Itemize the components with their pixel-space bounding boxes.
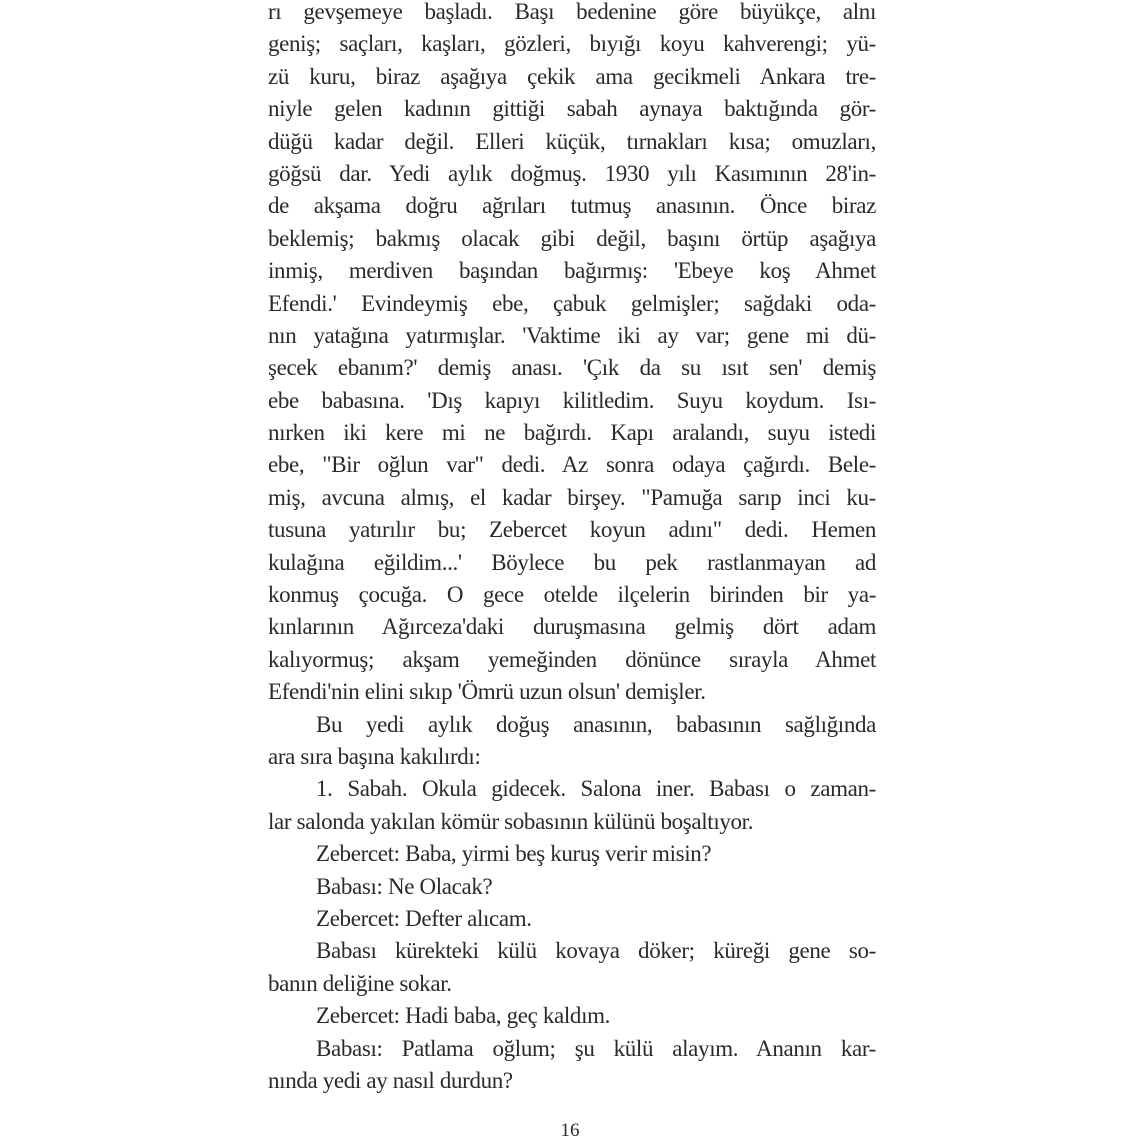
text-line: miş, avcuna almış, el kadar birşey. "Pam… bbox=[268, 482, 876, 514]
text-line: Bu yedi aylık doğuş anasının, babasının … bbox=[268, 709, 876, 741]
text-line: Efendi'nin elini sıkıp 'Ömrü uzun olsun'… bbox=[268, 676, 876, 708]
text-line: Babası kürekteki külü kovaya döker; küre… bbox=[268, 935, 876, 967]
text-line: nında yedi ay nasıl durdun? bbox=[268, 1065, 876, 1097]
text-line: kınlarının Ağırceza'daki duruşmasına gel… bbox=[268, 611, 876, 643]
text-line: ebe, "Bir oğlun var" dedi. Az sonra oday… bbox=[268, 449, 876, 481]
text-line: Zebercet: Baba, yirmi beş kuruş verir mi… bbox=[268, 838, 876, 870]
text-line: rı gevşemeye başladı. Başı bedenine göre… bbox=[268, 0, 876, 28]
text-line: lar salonda yakılan kömür sobasının külü… bbox=[268, 806, 876, 838]
text-line: Babası: Ne Olacak? bbox=[268, 871, 876, 903]
page-body: rı gevşemeye başladı. Başı bedenine göre… bbox=[268, 0, 876, 1097]
text-line: de akşama doğru ağrıları tutmuş anasının… bbox=[268, 190, 876, 222]
text-line: banın deliğine sokar. bbox=[268, 968, 876, 1000]
text-line: kulağına eğildim...' Böylece bu pek rast… bbox=[268, 547, 876, 579]
text-line: nırken iki kere mi ne bağırdı. Kapı aral… bbox=[268, 417, 876, 449]
text-line: Zebercet: Hadi baba, geç kaldım. bbox=[268, 1000, 876, 1032]
text-line: inmiş, merdiven başından bağırmış: 'Ebey… bbox=[268, 255, 876, 287]
text-line: tusuna yatırılır bu; Zebercet koyun adın… bbox=[268, 514, 876, 546]
page-number: 16 bbox=[0, 1120, 1140, 1140]
text-line: Babası: Patlama oğlum; şu külü alayım. A… bbox=[268, 1033, 876, 1065]
text-line: Efendi.' Evindeymiş ebe, çabuk gelmişler… bbox=[268, 288, 876, 320]
text-line: düğü kadar değil. Elleri küçük, tırnakla… bbox=[268, 126, 876, 158]
text-line: geniş; saçları, kaşları, gözleri, bıyığı… bbox=[268, 28, 876, 60]
text-line: konmuş çocuğa. O gece otelde ilçelerin b… bbox=[268, 579, 876, 611]
text-line: niyle gelen kadının gittiği sabah aynaya… bbox=[268, 93, 876, 125]
text-line: kalıyormuş; akşam yemeğinden dönünce sır… bbox=[268, 644, 876, 676]
text-line: nın yatağına yatırmışlar. 'Vaktime iki a… bbox=[268, 320, 876, 352]
text-line: ara sıra başına kakılırdı: bbox=[268, 741, 876, 773]
text-line: şecek ebanım?' demiş anası. 'Çık da su ı… bbox=[268, 352, 876, 384]
text-line: 1. Sabah. Okula gidecek. Salona iner. Ba… bbox=[268, 773, 876, 805]
text-line: beklemiş; bakmış olacak gibi değil, başı… bbox=[268, 223, 876, 255]
text-line: Zebercet: Defter alıcam. bbox=[268, 903, 876, 935]
text-line: zü kuru, biraz aşağıya çekik ama gecikme… bbox=[268, 61, 876, 93]
text-line: göğsü dar. Yedi aylık doğmuş. 1930 yılı … bbox=[268, 158, 876, 190]
text-line: ebe babasına. 'Dış kapıyı kilitledim. Su… bbox=[268, 385, 876, 417]
